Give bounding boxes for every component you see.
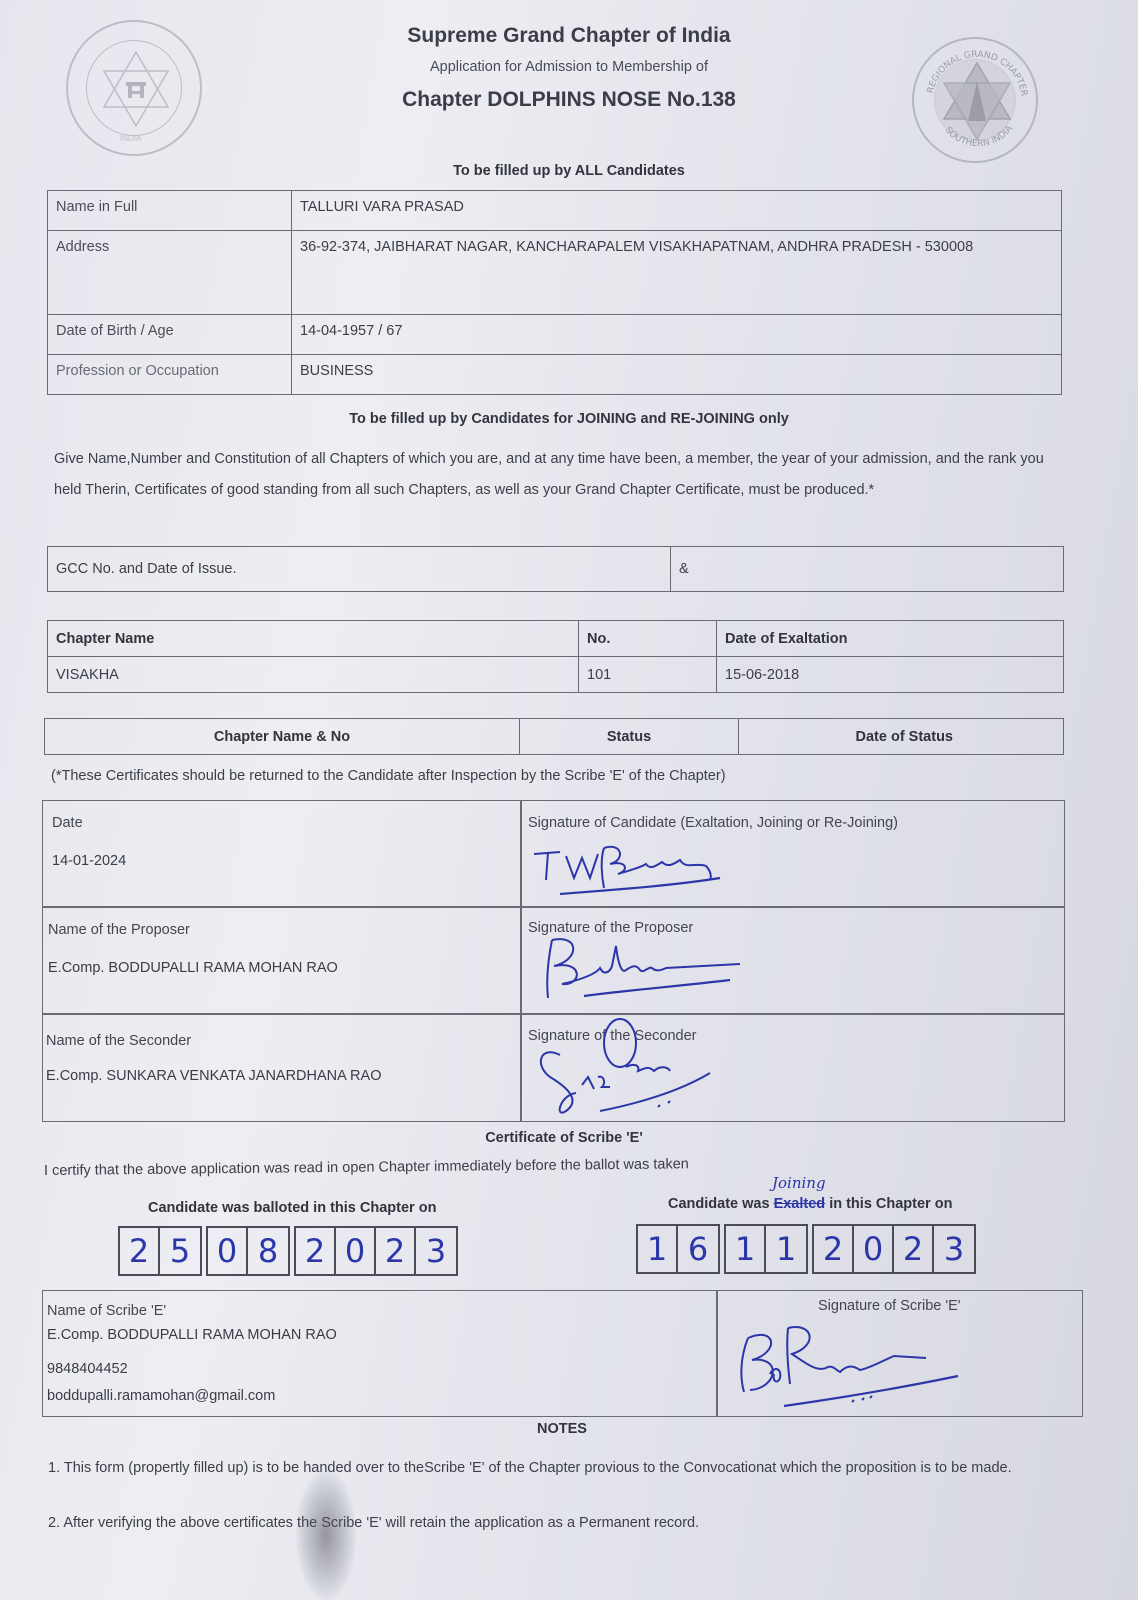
certificates-footnote: (*These Certificates should be returned … — [51, 768, 726, 784]
digit-box[interactable]: 1 — [726, 1226, 766, 1272]
digit-box[interactable]: 2 — [120, 1228, 160, 1274]
dob-label: Date of Birth / Age — [48, 315, 292, 355]
joined-label: Candidate was Exalted in this Chapter on — [668, 1196, 952, 1212]
status-table: Chapter Name & No Status Date of Status — [44, 718, 1064, 755]
proposer-label: Name of the Proposer — [48, 922, 190, 938]
notes-heading: NOTES — [0, 1421, 1124, 1437]
balloted-label: Candidate was balloted in this Chapter o… — [148, 1200, 436, 1216]
chapter-history-table: Chapter Name No. Date of Exaltation VISA… — [47, 620, 1064, 693]
organization-title: Supreme Grand Chapter of India — [0, 24, 1138, 48]
form-subtitle: Application for Admission to Membership … — [0, 59, 1138, 75]
table-row: Date of Birth / Age 14-04-1957 / 67 — [48, 315, 1062, 355]
joining-heading: To be filled up by Candidates for JOININ… — [0, 411, 1138, 427]
scribe-name-label: Name of Scribe 'E' — [47, 1303, 166, 1319]
digit-box[interactable]: 5 — [160, 1228, 200, 1274]
gcc-table: GCC No. and Date of Issue. & — [47, 546, 1064, 592]
digit-box[interactable]: 3 — [934, 1226, 974, 1272]
address-label: Address — [48, 231, 292, 315]
column-header: Date of Exaltation — [717, 621, 1064, 657]
scribe-email-field[interactable]: boddupalli.ramamohan@gmail.com — [47, 1388, 275, 1404]
month-boxes: 0 8 — [206, 1226, 290, 1276]
left-seal-text: INDIA — [120, 134, 141, 143]
candidate-signature[interactable] — [530, 840, 740, 900]
table-row: Name in Full TALLURI VARA PRASAD — [48, 191, 1062, 231]
column-header: Chapter Name — [48, 621, 579, 657]
digit-box[interactable]: 6 — [678, 1226, 718, 1272]
name-label: Name in Full — [48, 191, 292, 231]
scribe-signature-label: Signature of Scribe 'E' — [818, 1298, 961, 1314]
candidate-signature-label: Signature of Candidate (Exaltation, Join… — [528, 815, 898, 831]
joining-instructions: Give Name,Number and Constitution of all… — [54, 444, 1054, 506]
divider — [716, 1290, 718, 1417]
divider — [42, 906, 1065, 908]
name-field[interactable]: TALLURI VARA PRASAD — [292, 191, 1062, 231]
digit-box[interactable]: 1 — [638, 1226, 678, 1272]
gcc-field[interactable]: & — [671, 547, 1064, 592]
digit-box[interactable]: 3 — [416, 1228, 456, 1274]
digit-box[interactable]: 2 — [376, 1228, 416, 1274]
digit-box[interactable]: 2 — [814, 1226, 854, 1272]
scribe-signature[interactable] — [730, 1318, 970, 1413]
digit-box[interactable]: 8 — [248, 1228, 288, 1274]
digit-box[interactable]: 0 — [336, 1228, 376, 1274]
digit-box[interactable]: 1 — [766, 1226, 806, 1272]
table-row: VISAKHA 101 15-06-2018 — [48, 657, 1064, 693]
month-boxes: 1 1 — [724, 1224, 808, 1274]
column-header: Status — [520, 719, 739, 755]
struck-word: Exalted — [774, 1196, 826, 1212]
chapter-number-cell[interactable]: 101 — [579, 657, 717, 693]
column-header: No. — [579, 621, 717, 657]
divider — [520, 800, 522, 1122]
proposer-field[interactable]: E.Comp. BODDUPALLI RAMA MOHAN RAO — [48, 960, 338, 976]
candidate-details-table: Name in Full TALLURI VARA PRASAD Address… — [47, 190, 1062, 395]
paper-stain — [296, 1470, 356, 1600]
chapter-title: Chapter DOLPHINS NOSE No.138 — [0, 88, 1138, 112]
table-header-row: Chapter Name No. Date of Exaltation — [48, 621, 1064, 657]
balloted-date-boxes: 2 5 0 8 2 0 2 3 — [118, 1226, 458, 1276]
profession-label: Profession or Occupation — [48, 355, 292, 395]
table-row: Profession or Occupation BUSINESS — [48, 355, 1062, 395]
chapter-name-cell[interactable]: VISAKHA — [48, 657, 579, 693]
column-header: Date of Status — [739, 719, 1064, 755]
note-item: 1. This form (propertly filled up) is to… — [48, 1456, 1088, 1480]
scribe-phone-field[interactable]: 9848404452 — [47, 1361, 128, 1377]
date-field[interactable]: 14-01-2024 — [52, 853, 126, 869]
proposer-signature[interactable] — [540, 930, 760, 1005]
seconder-label: Name of the Seconder — [46, 1033, 191, 1049]
note-item: 2. After verifying the above certificate… — [48, 1511, 1088, 1535]
joined-label-suffix: in this Chapter on — [829, 1196, 952, 1212]
scribe-certificate-heading: Certificate of Scribe 'E' — [0, 1130, 1128, 1146]
scribe-name-field[interactable]: E.Comp. BODDUPALLI RAMA MOHAN RAO — [47, 1327, 337, 1343]
digit-box[interactable]: 0 — [208, 1228, 248, 1274]
dob-field[interactable]: 14-04-1957 / 67 — [292, 315, 1062, 355]
year-boxes: 2 0 2 3 — [294, 1226, 458, 1276]
column-header: Chapter Name & No — [45, 719, 520, 755]
year-boxes: 2 0 2 3 — [812, 1224, 976, 1274]
exaltation-date-cell[interactable]: 15-06-2018 — [717, 657, 1064, 693]
digit-box[interactable]: 2 — [894, 1226, 934, 1272]
joined-label-prefix: Candidate was — [668, 1196, 770, 1212]
date-label: Date — [52, 815, 83, 831]
table-header-row: Chapter Name & No Status Date of Status — [45, 719, 1064, 755]
profession-field[interactable]: BUSINESS — [292, 355, 1062, 395]
seconder-signature[interactable] — [530, 1015, 720, 1120]
digit-box[interactable]: 0 — [854, 1226, 894, 1272]
gcc-label: GCC No. and Date of Issue. — [48, 547, 671, 592]
day-boxes: 1 6 — [636, 1224, 720, 1274]
table-row: GCC No. and Date of Issue. & — [48, 547, 1064, 592]
day-boxes: 2 5 — [118, 1226, 202, 1276]
joined-date-boxes: 1 6 1 1 2 0 2 3 — [636, 1224, 976, 1274]
digit-box[interactable]: 2 — [296, 1228, 336, 1274]
table-row: Address 36-92-374, JAIBHARAT NAGAR, KANC… — [48, 231, 1062, 315]
handwritten-correction: Joining — [772, 1174, 826, 1192]
scribe-statement: I certify that the above application was… — [44, 1156, 689, 1179]
seconder-field[interactable]: E.Comp. SUNKARA VENKATA JANARDHANA RAO — [46, 1068, 381, 1084]
address-field[interactable]: 36-92-374, JAIBHARAT NAGAR, KANCHARAPALE… — [292, 231, 1062, 315]
all-candidates-heading: To be filled up by ALL Candidates — [0, 163, 1138, 179]
